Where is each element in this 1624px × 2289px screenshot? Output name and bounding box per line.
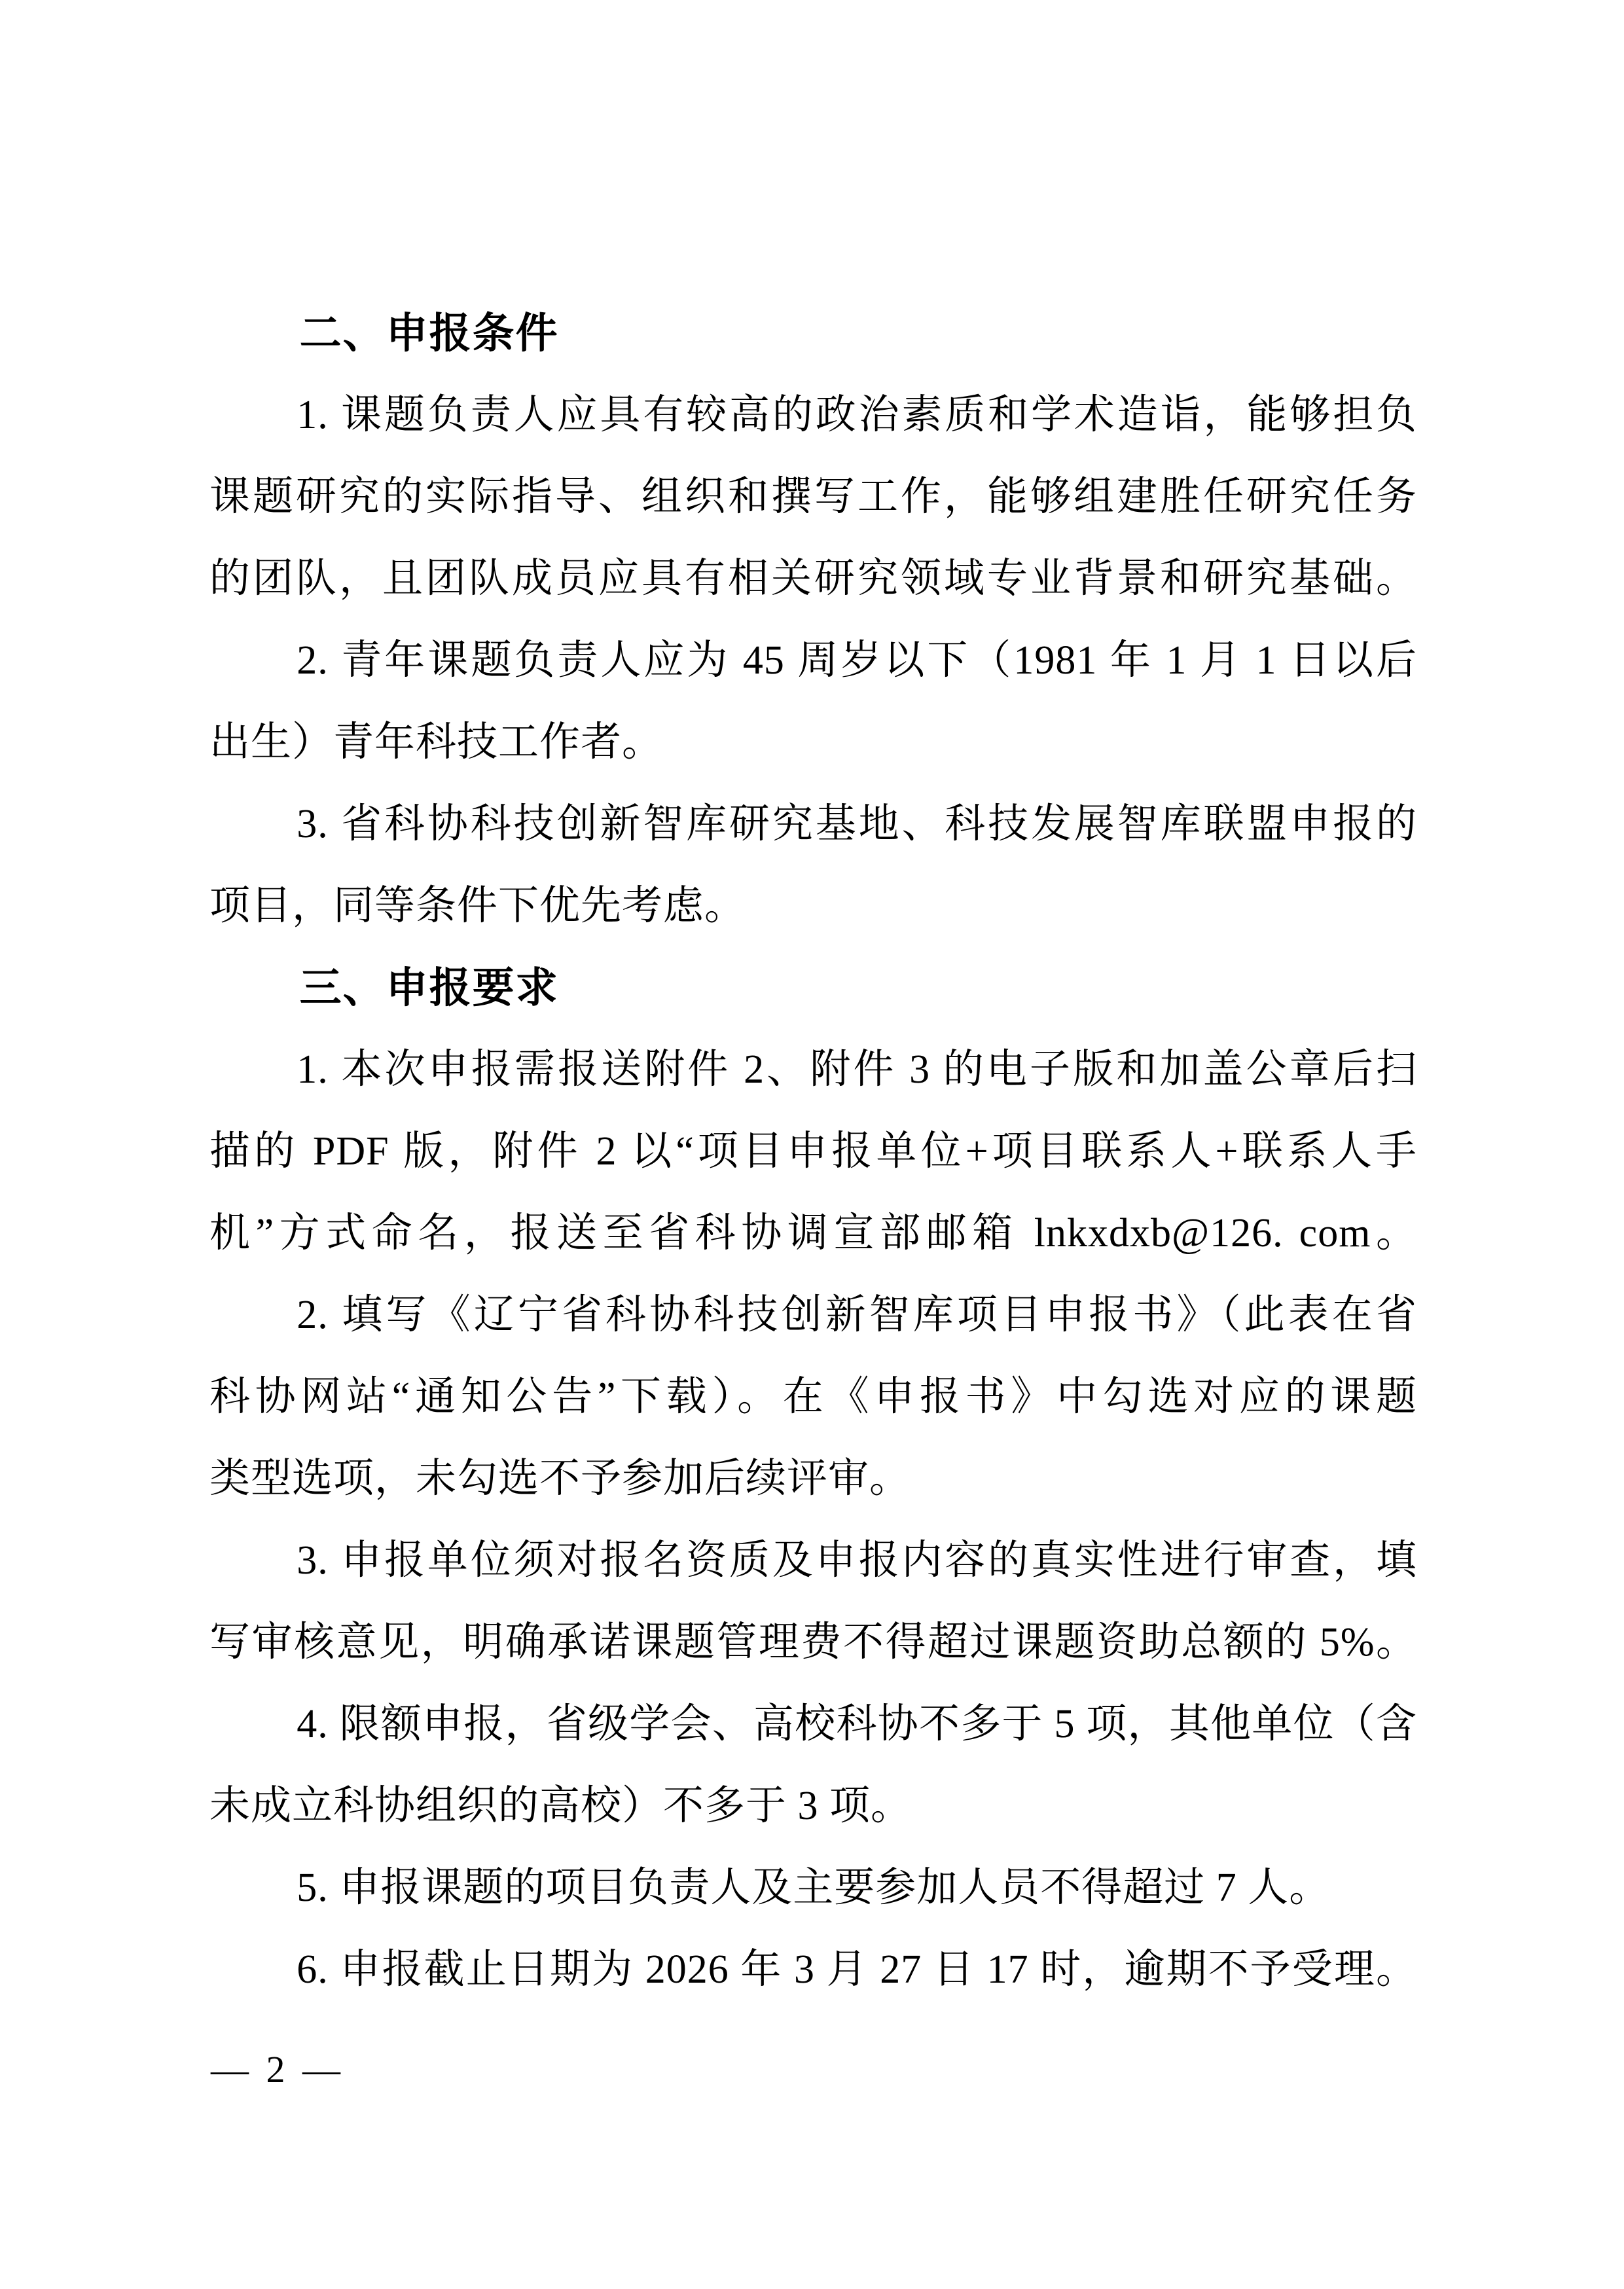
text-line: 1. 课题负责人应具有较高的政治素质和学术造诣，能够担负 xyxy=(209,374,1417,456)
text-line: 4. 限额申报，省级学会、高校科协不多于 5 项，其他单位（含 xyxy=(209,1684,1417,1765)
text-line: 6. 申报截止日期为 2026 年 3 月 27 日 17 时，逾期不予受理。 xyxy=(209,1929,1417,2011)
text-line: 机”方式命名，报送至省科协调宣部邮箱 lnkxdxb@126. com。 xyxy=(209,1193,1417,1274)
text-line: 写审核意见，明确承诺课题管理费不得超过课题资助总额的 5%。 xyxy=(209,1602,1417,1684)
section-heading: 三、申报要求 xyxy=(209,947,1417,1029)
text-line: 2. 填写《辽宁省科协科技创新智库项目申报书》（此表在省 xyxy=(209,1274,1417,1356)
text-line: 课题研究的实际指导、组织和撰写工作，能够组建胜任研究任务 xyxy=(209,456,1417,538)
page-number: — 2 — xyxy=(211,2047,344,2093)
document-body: 二、申报条件1. 课题负责人应具有较高的政治素质和学术造诣，能够担负课题研究的实… xyxy=(209,293,1417,2011)
text-line: 3. 省科协科技创新智库研究基地、科技发展智库联盟申报的 xyxy=(209,784,1417,865)
text-line: 2. 青年课题负责人应为 45 周岁以下（1981 年 1 月 1 日以后 xyxy=(209,620,1417,702)
document-page: 二、申报条件1. 课题负责人应具有较高的政治素质和学术造诣，能够担负课题研究的实… xyxy=(0,0,1624,2289)
text-line: 的团队，且团队成员应具有相关研究领域专业背景和研究基础。 xyxy=(209,538,1417,620)
text-line: 3. 申报单位须对报名资质及申报内容的真实性进行审查，填 xyxy=(209,1520,1417,1602)
text-line: 项目，同等条件下优先考虑。 xyxy=(209,865,1417,947)
text-line: 科协网站“通知公告”下载）。在《申报书》中勾选对应的课题 xyxy=(209,1356,1417,1438)
text-line: 5. 申报课题的项目负责人及主要参加人员不得超过 7 人。 xyxy=(209,1847,1417,1929)
text-line: 描的 PDF 版，附件 2 以“项目申报单位+项目联系人+联系人手 xyxy=(209,1111,1417,1193)
text-line: 类型选项，未勾选不予参加后续评审。 xyxy=(209,1438,1417,1520)
text-line: 出生）青年科技工作者。 xyxy=(209,702,1417,784)
section-heading: 二、申报条件 xyxy=(209,293,1417,374)
text-line: 1. 本次申报需报送附件 2、附件 3 的电子版和加盖公章后扫 xyxy=(209,1029,1417,1111)
text-line: 未成立科协组织的高校）不多于 3 项。 xyxy=(209,1765,1417,1847)
